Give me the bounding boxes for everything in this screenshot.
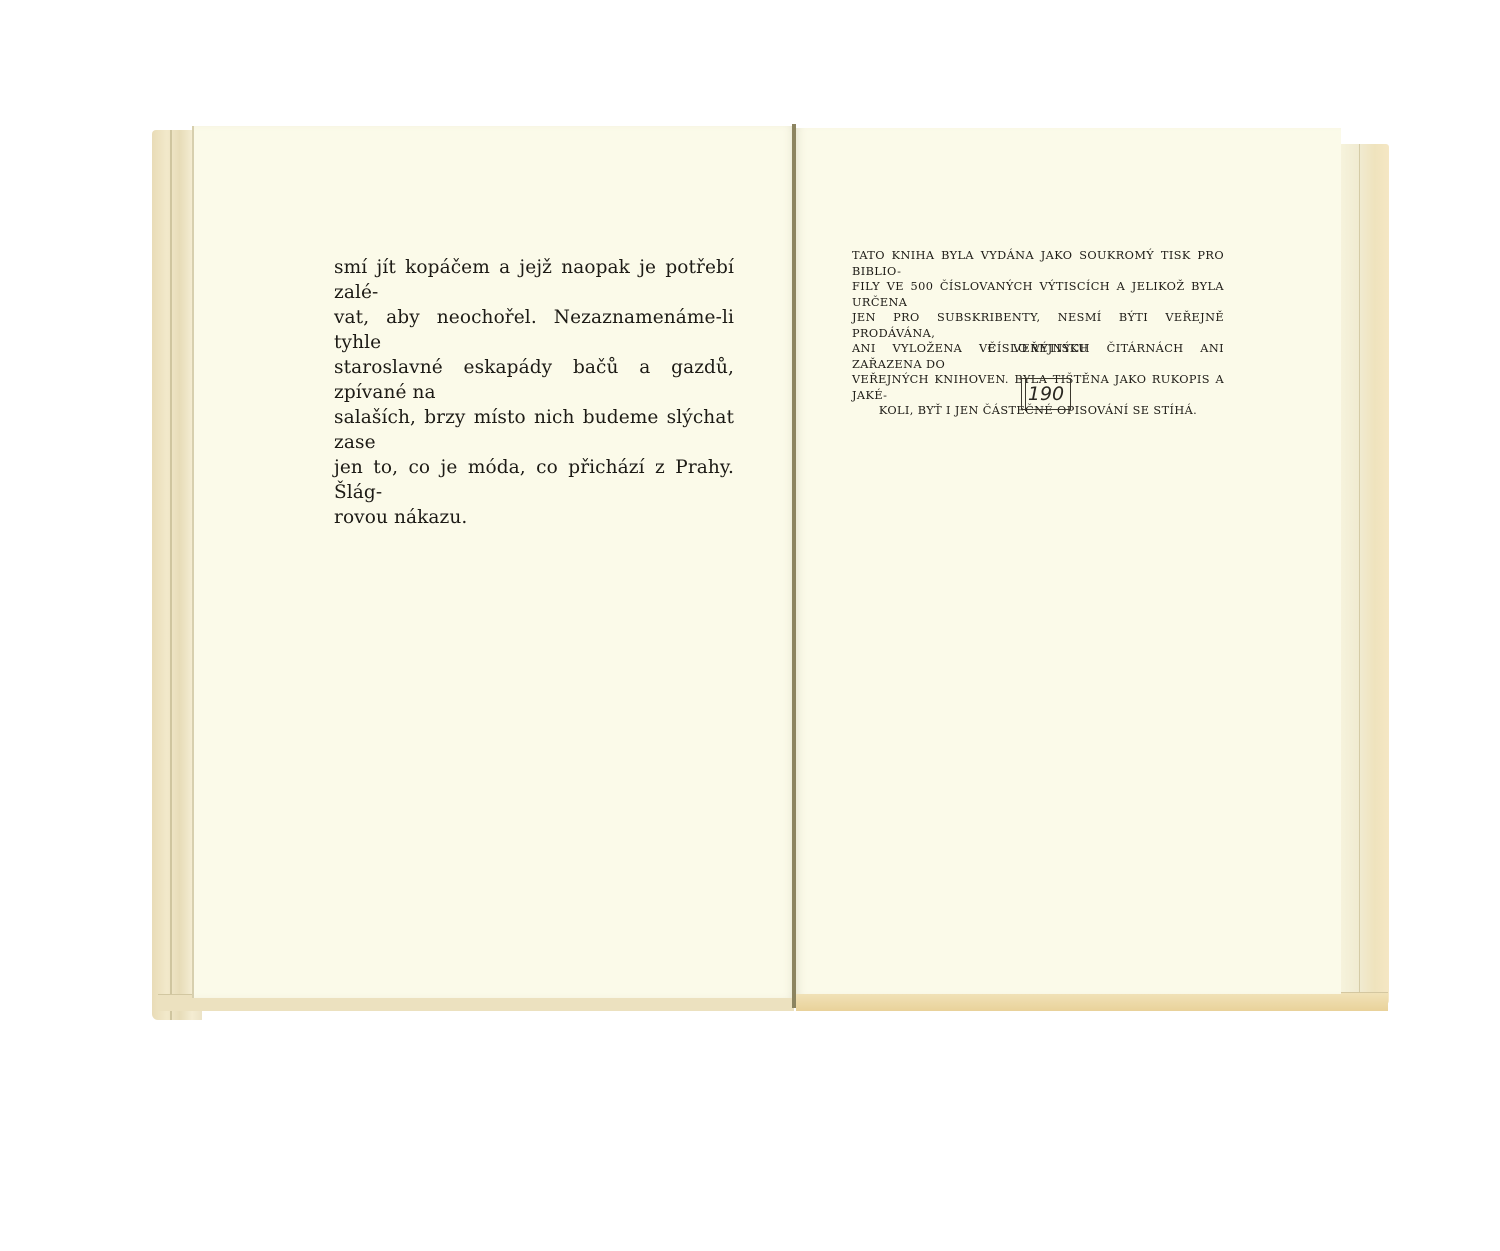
text-line: staroslavné eskapády bačů a gazdů, zpíva… [334, 355, 734, 405]
right-page-bottom-edge [796, 992, 1388, 1011]
text-line: smí jít kopáčem a jejž naopak je potřebí… [334, 255, 734, 305]
notice-line: TATO KNIHA BYLA VYDÁNA JAKO SOUKROMÝ TIS… [852, 248, 1224, 279]
text-line: jen to, co je móda, co přichází z Prahy.… [334, 455, 734, 505]
book-gutter [792, 124, 796, 1008]
open-book: smí jít kopáčem a jejž naopak je potřebí… [152, 124, 1398, 1011]
notice-line: FILY VE 500 ČÍSLOVANÝCH VÝTISCÍCH A JELI… [852, 279, 1224, 310]
text-line: rovou nákazu. [334, 505, 734, 530]
text-line: salaších, brzy místo nich budeme slýchat… [334, 405, 734, 455]
copy-number-box: 190 [1021, 378, 1071, 410]
notice-line: JEN PRO SUBSKRIBENTY, NESMÍ BÝTI VEŘEJNĚ… [852, 310, 1224, 341]
right-page-stack-edge [1340, 144, 1389, 1004]
copy-number-label: ČÍSLO VÝTISKU [852, 342, 1224, 355]
left-page-text: smí jít kopáčem a jejž naopak je potřebí… [334, 255, 734, 530]
text-line: vat, aby neochořel. Nezaznamenáme-li tyh… [334, 305, 734, 355]
